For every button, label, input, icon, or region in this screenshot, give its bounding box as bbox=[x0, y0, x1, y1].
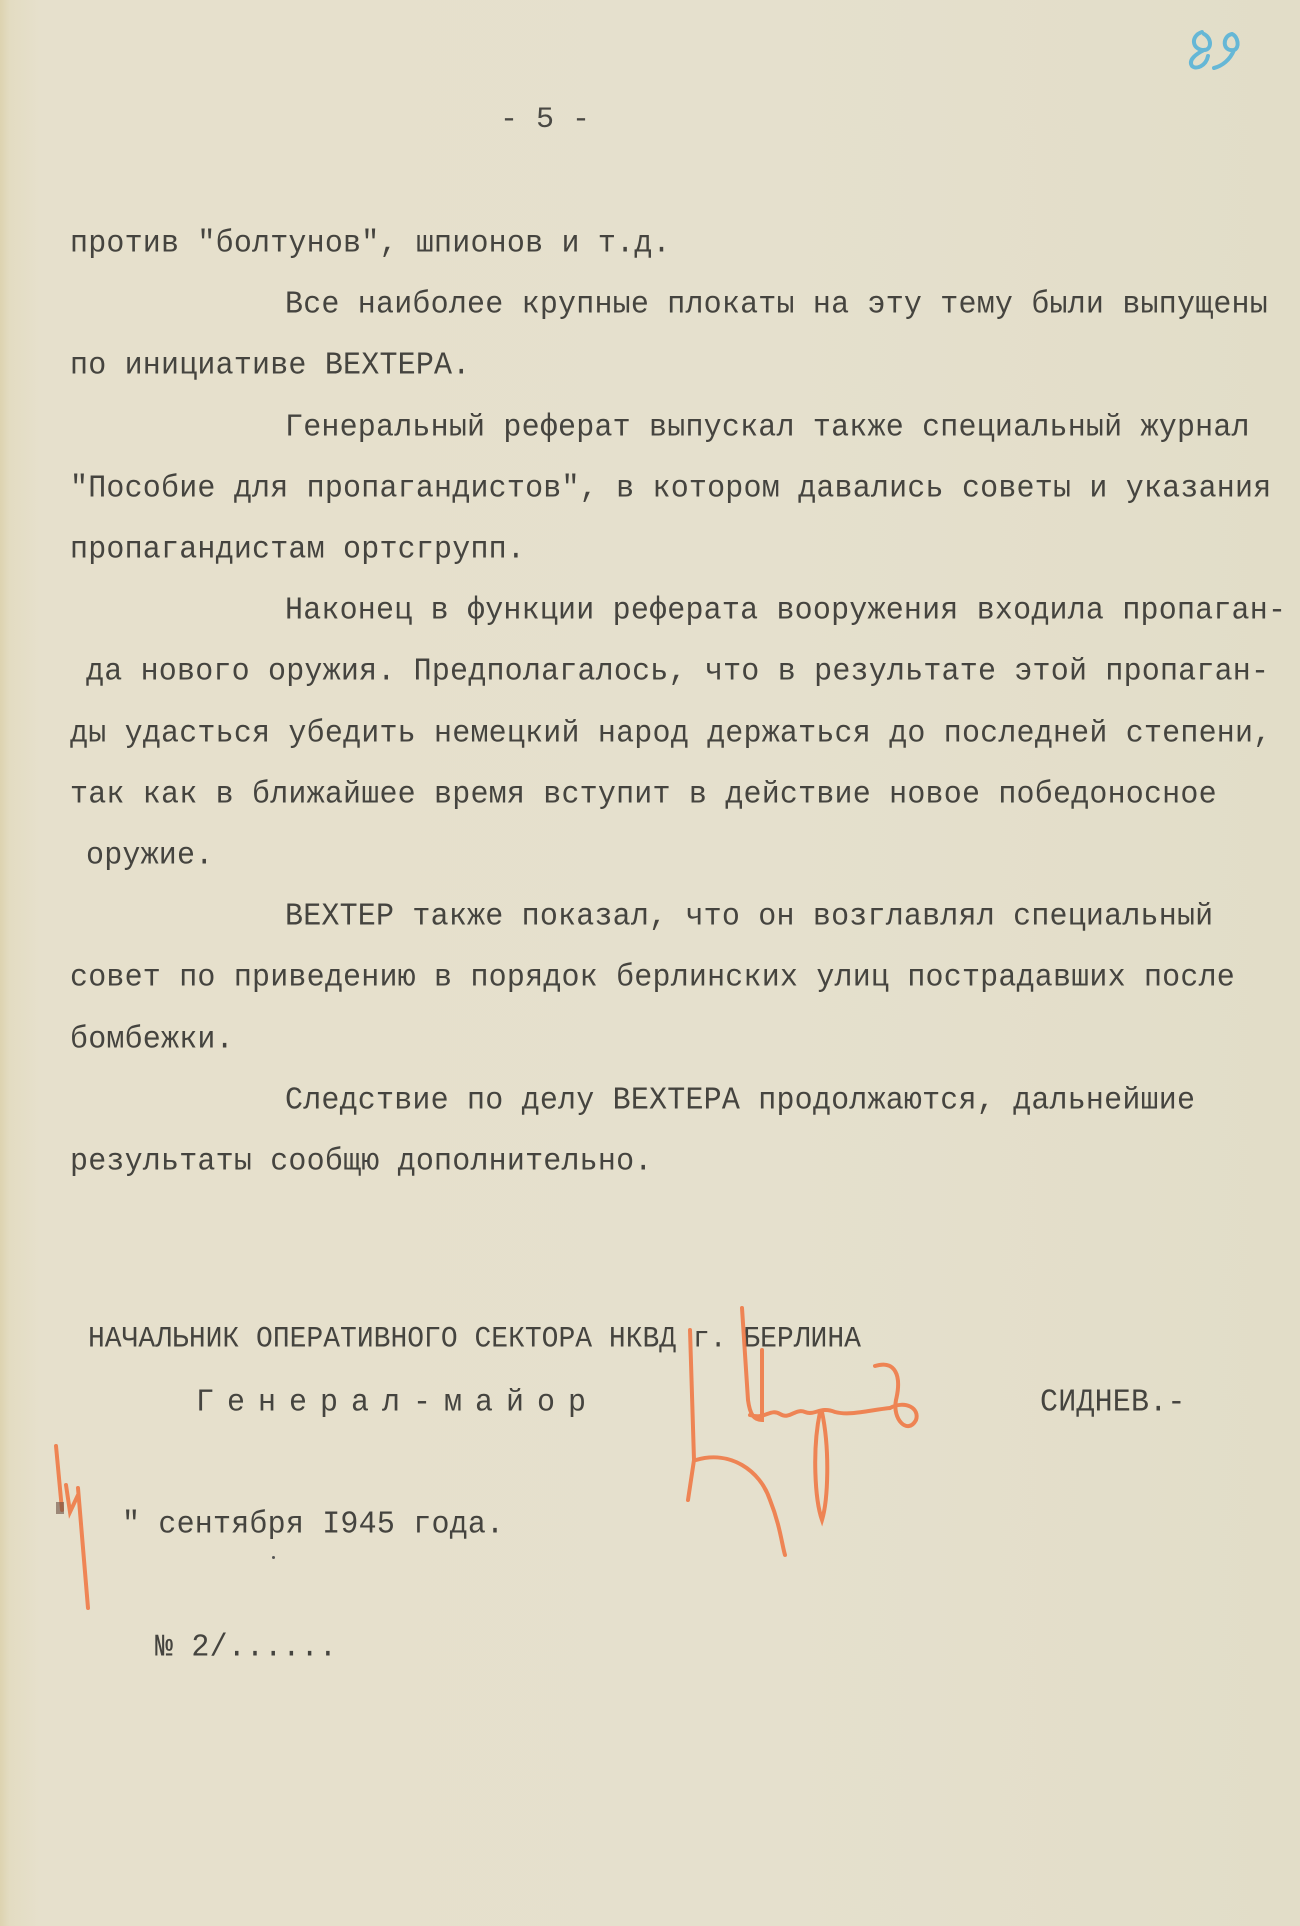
page-number: - 5 - bbox=[500, 102, 590, 138]
body-line: оружие. bbox=[86, 837, 213, 875]
handwritten-signature bbox=[670, 1300, 950, 1560]
body-line: так как в ближайшее время вступит в дейс… bbox=[70, 776, 1217, 814]
body-line: Все наиболее крупные плокаты на эту тему… bbox=[285, 286, 1268, 324]
archive-folio-mark bbox=[1182, 22, 1252, 82]
body-line: пропагандистам ортсгрупп. bbox=[70, 531, 525, 569]
body-line: совет по приведению в порядок берлинских… bbox=[70, 959, 1235, 997]
body-line: бомбежки. bbox=[70, 1021, 234, 1059]
body-line: ВЕХТЕР также показал, что он возглавлял … bbox=[285, 898, 1213, 936]
body-line: "Пособие для пропагандистов", в котором … bbox=[70, 470, 1271, 508]
reference-number: № 2/...... bbox=[155, 1629, 337, 1667]
date-line: " сентября I945 года. bbox=[122, 1506, 504, 1544]
document-page: - 5 - против "болтунов", шпионов и т.д.В… bbox=[0, 0, 1300, 1926]
body-line: ды удасться убедить немецкий народ держа… bbox=[70, 715, 1271, 753]
rank: Генерал-майор bbox=[196, 1384, 599, 1422]
body-line: Следствие по делу ВЕХТЕРА продолжаются, … bbox=[285, 1082, 1195, 1120]
body-line: Генеральный реферат выпускал также специ… bbox=[285, 409, 1250, 447]
body-line: результаты сообщю дополнительно. bbox=[70, 1143, 653, 1181]
body-line: Наконец в функции реферата вооружения вх… bbox=[285, 592, 1286, 630]
stray-dot bbox=[272, 1556, 275, 1559]
signatory-surname: СИДНЕВ.- bbox=[1040, 1384, 1186, 1422]
body-line: да нового оружия. Предполагалось, что в … bbox=[86, 653, 1269, 691]
body-line: по инициативе ВЕХТЕРА. bbox=[70, 347, 470, 385]
body-line: против "болтунов", шпионов и т.д. bbox=[70, 225, 671, 263]
handwritten-date-day bbox=[44, 1440, 104, 1620]
